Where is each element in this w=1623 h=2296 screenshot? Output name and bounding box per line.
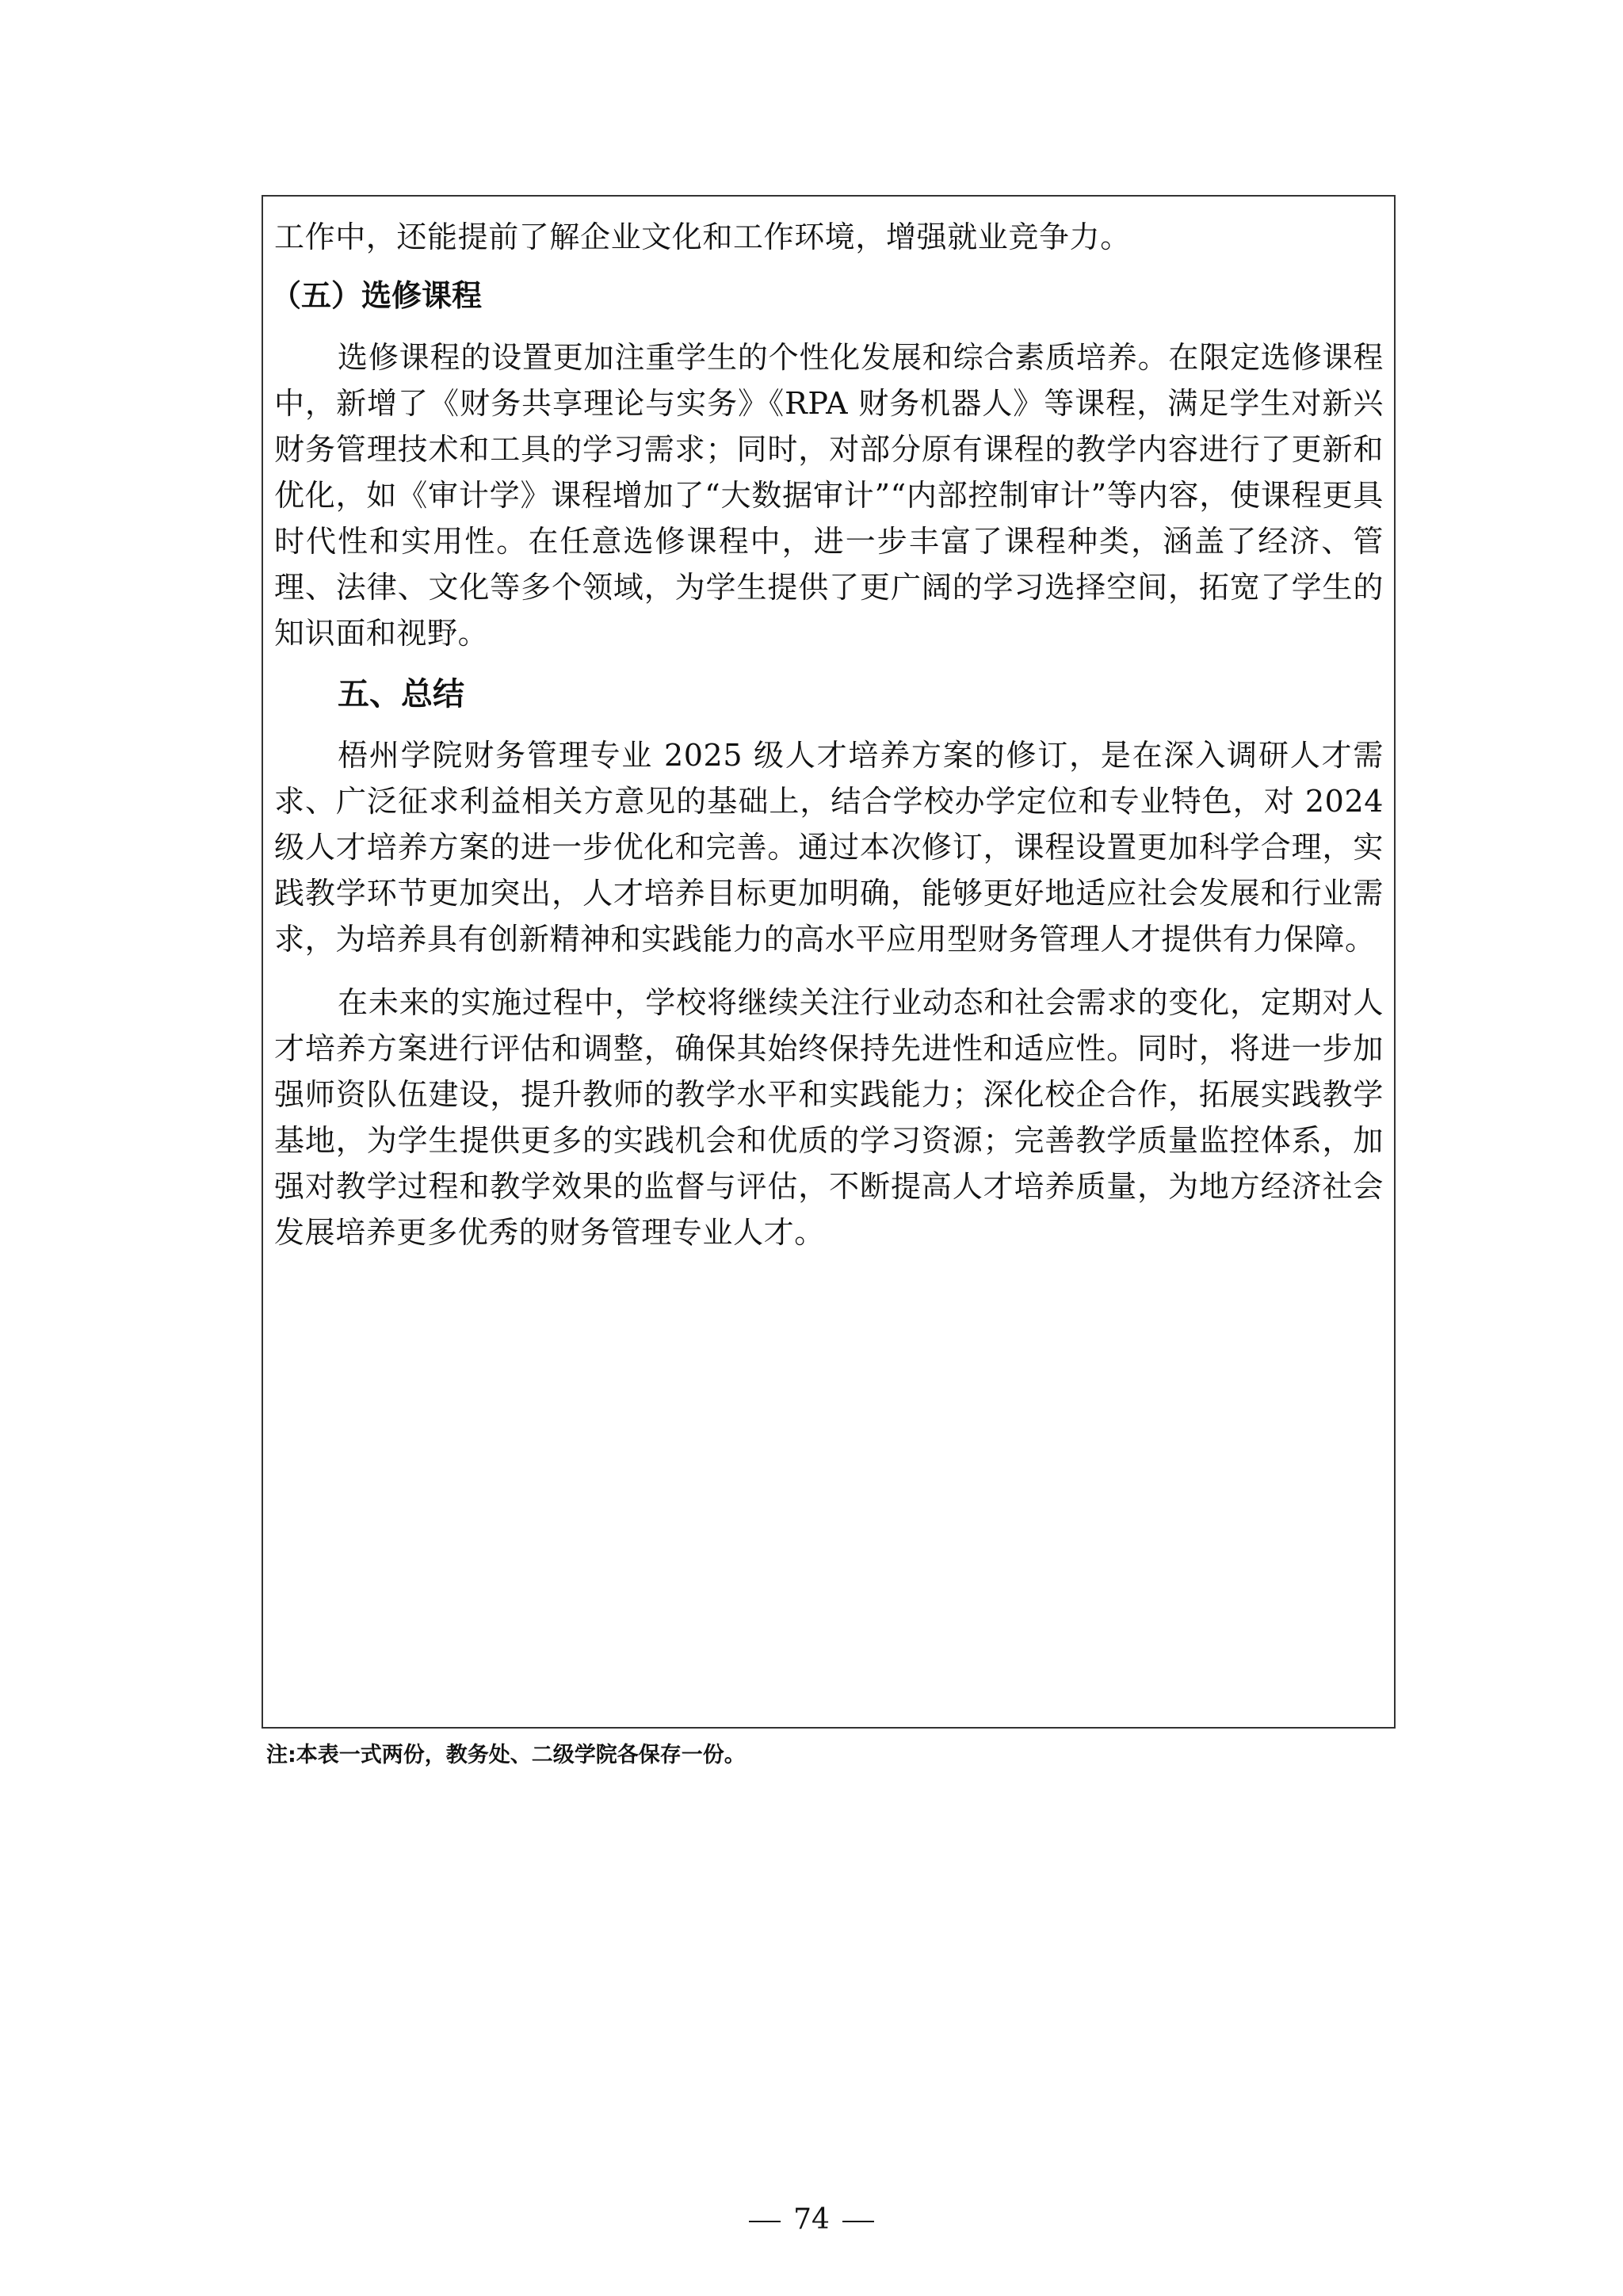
summary-paragraph-1: 梧州学院财务管理专业 2025 级人才培养方案的修订，是在深入调研人才需求、广泛… (274, 732, 1384, 962)
page-number-value: 74 (793, 2203, 830, 2236)
page-number: 74 (0, 2203, 1623, 2236)
section-heading-summary: 五、总结 (338, 670, 1384, 718)
footnote: 注:本表一式两份，教务处、二级学院各保存一份。 (266, 1737, 746, 1768)
summary-paragraph-2: 在未来的实施过程中，学校将继续关注行业动态和社会需求的变化，定期对人才培养方案进… (274, 980, 1384, 1255)
continued-paragraph: 工作中，还能提前了解企业文化和工作环境，增强就业竞争力。 (274, 214, 1384, 260)
form-table-box: 工作中，还能提前了解企业文化和工作环境，增强就业竞争力。 （五）选修课程 选修课… (262, 195, 1396, 1729)
dash-right (842, 2221, 874, 2222)
box-content: 工作中，还能提前了解企业文化和工作环境，增强就业竞争力。 （五）选修课程 选修课… (274, 214, 1384, 1255)
dash-left (749, 2221, 781, 2222)
section-heading-electives: （五）选修课程 (271, 273, 1384, 319)
electives-paragraph: 选修课程的设置更加注重学生的个性化发展和综合素质培养。在限定选修课程中，新增了《… (274, 334, 1384, 656)
